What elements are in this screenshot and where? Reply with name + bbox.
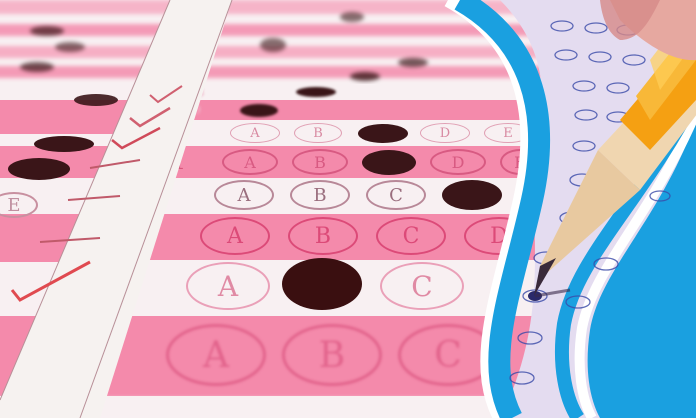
photo-scene: 18 19 20 A B D E 21 A B D E [0,0,696,418]
right-panel [0,0,696,418]
